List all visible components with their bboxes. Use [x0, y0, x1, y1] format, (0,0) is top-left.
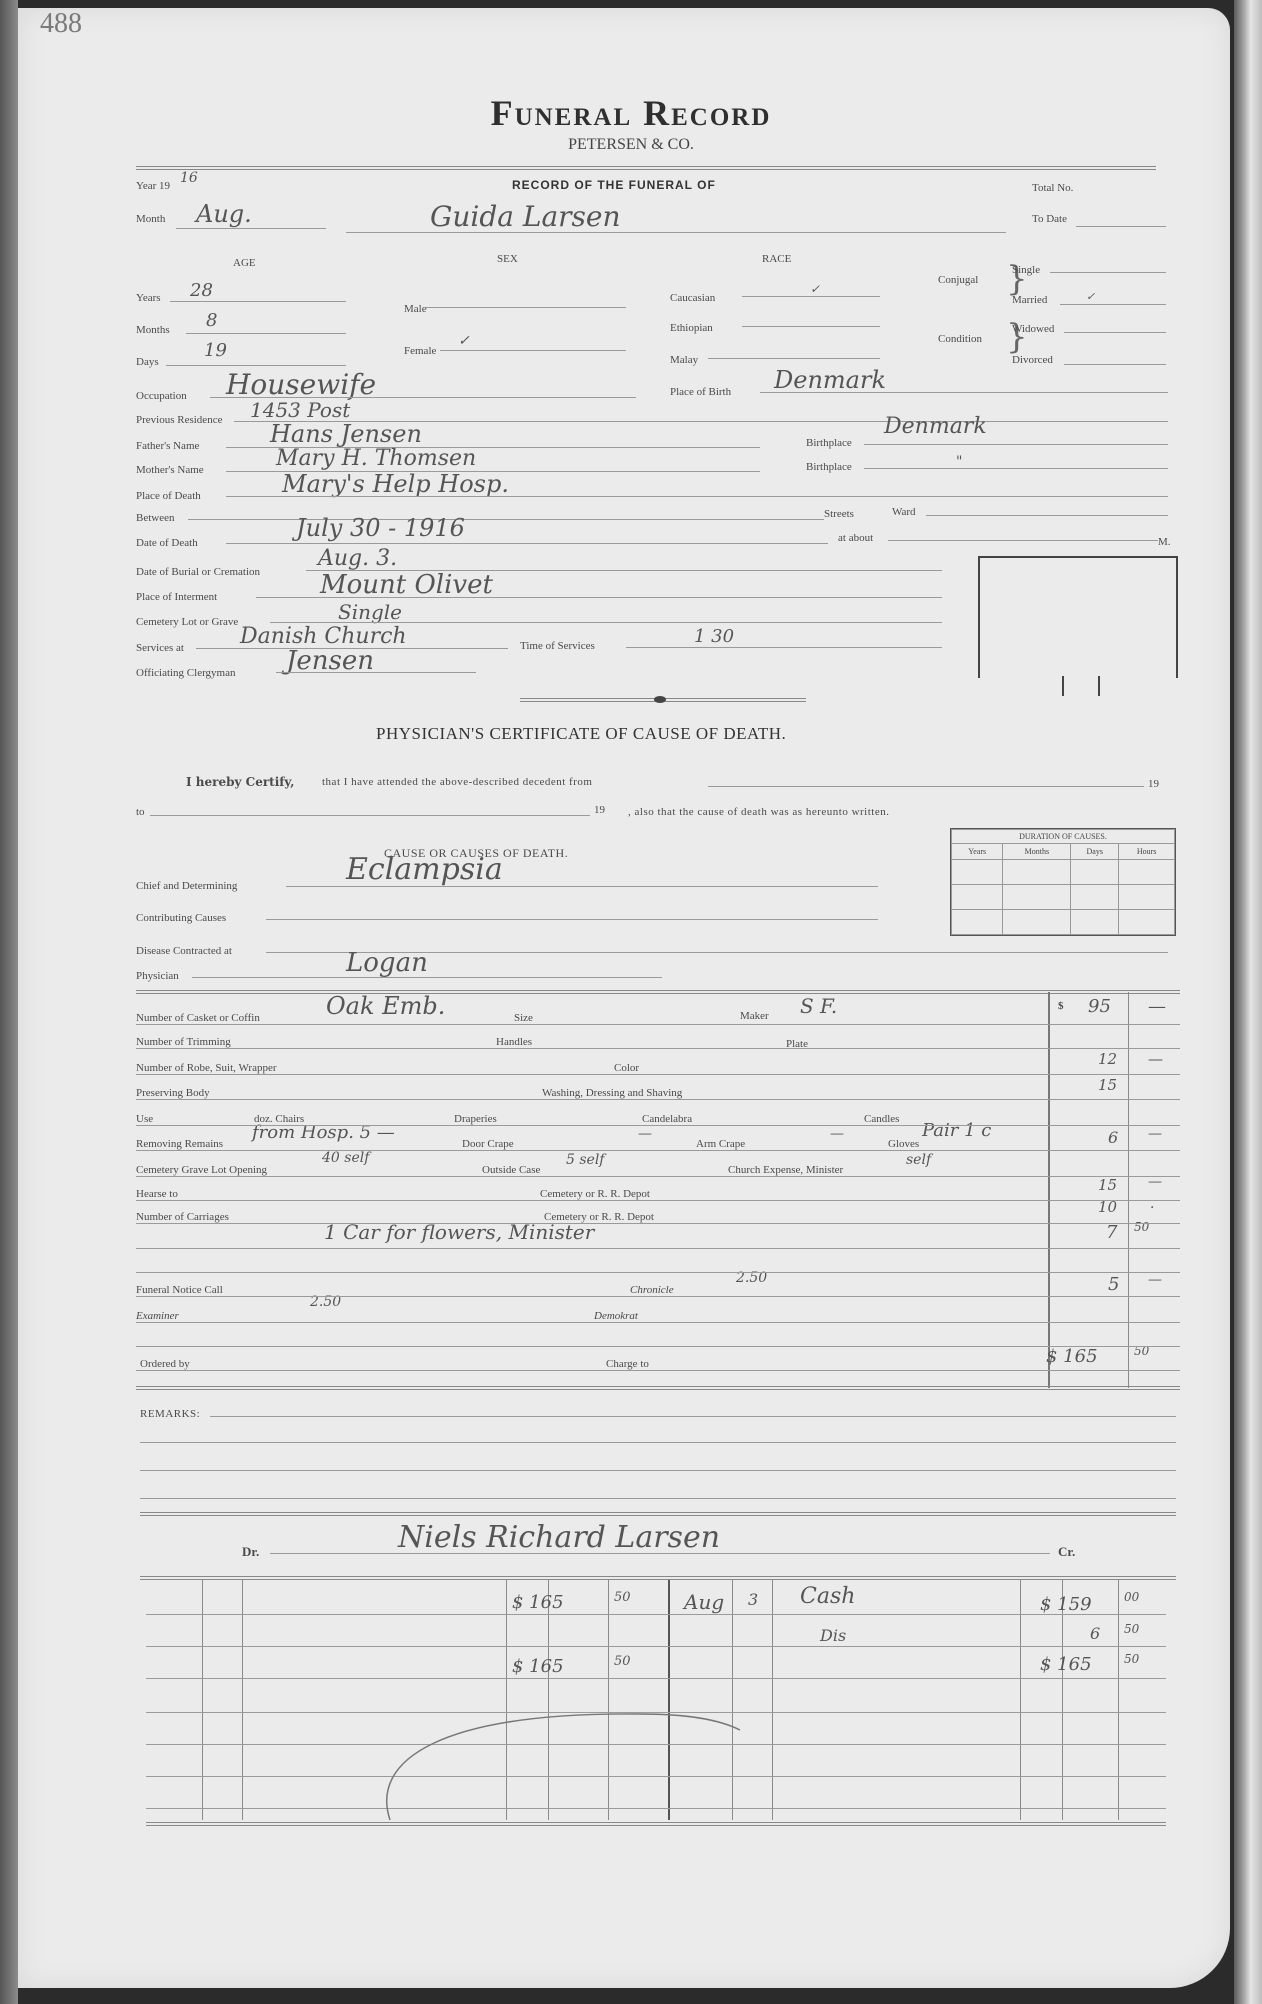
- account-name-line: [270, 1553, 1050, 1554]
- physician-line: [192, 977, 662, 978]
- debit-cents: 50: [614, 1590, 631, 1605]
- widowed-line[interactable]: [1064, 332, 1166, 333]
- credit-amount: $ 159: [1040, 1594, 1092, 1615]
- chief-cause-label: Chief and Determining: [136, 880, 237, 892]
- certificate-heading: PHYSICIAN'S CERTIFICATE OF CAUSE OF DEAT…: [376, 724, 786, 744]
- date-of-burial-value: Aug. 3.: [318, 546, 397, 571]
- remarks-bottom-divider: [140, 1512, 1176, 1516]
- ledger-col: [1020, 1580, 1021, 1820]
- charge-rule: [136, 1074, 1180, 1075]
- candles-label: Candles: [864, 1113, 899, 1125]
- fathers-name-label: Father's Name: [136, 440, 199, 452]
- casket-cents: —: [1148, 996, 1166, 1017]
- disease-contracted-label: Disease Contracted at: [136, 945, 232, 957]
- month-line: [176, 228, 326, 229]
- duration-heading: DURATION OF CAUSES.: [952, 830, 1175, 844]
- dollar-sign: $: [1058, 1000, 1064, 1012]
- ledger-col: [1062, 1580, 1063, 1820]
- charge-rule: [136, 1125, 1180, 1126]
- charge-rule: [136, 1048, 1180, 1049]
- conjugal-label: Conjugal: [938, 274, 978, 286]
- cemetery-lot-label: Cemetery Lot or Grave: [136, 616, 238, 628]
- cemetery-lot-value: Single: [338, 600, 402, 624]
- year-value: 16: [180, 170, 198, 186]
- services-at-label: Services at: [136, 642, 184, 654]
- trimming-label: Number of Trimming: [136, 1036, 231, 1048]
- remarks-line[interactable]: [140, 1470, 1176, 1471]
- caucasian-check[interactable]: ✓: [810, 282, 820, 296]
- duration-cell[interactable]: [1071, 885, 1119, 910]
- credit-label: Cr.: [1058, 1544, 1075, 1560]
- at-about-label: at about: [838, 532, 873, 544]
- arm-crape-value: —: [830, 1126, 844, 1142]
- place-of-death-line: [226, 496, 1168, 497]
- duration-cell[interactable]: [1119, 910, 1175, 935]
- charges-top-divider: [136, 990, 1180, 994]
- time-of-services-line: [626, 647, 942, 648]
- ward-label: Ward: [892, 506, 916, 518]
- casket-label: Number of Casket or Coffin: [136, 1012, 260, 1024]
- certify-bold: I hereby Certify,: [186, 775, 294, 789]
- charge-rule: [136, 1200, 1180, 1201]
- company-name: PETERSEN & CO.: [0, 136, 1262, 154]
- place-of-interment-line: [256, 597, 942, 598]
- mother-birthplace-line: [864, 468, 1168, 469]
- pen-flourish: [360, 1700, 780, 1830]
- chronicle-label: Chronicle: [630, 1284, 674, 1296]
- record-heading: RECORD OF THE FUNERAL OF: [512, 178, 716, 192]
- place-of-interment-value: Mount Olivet: [320, 570, 493, 600]
- charge-rule: [136, 1248, 1180, 1249]
- duration-cell[interactable]: [1003, 860, 1071, 885]
- father-birthplace-value: Denmark: [884, 414, 987, 439]
- chief-cause-value: Eclampsia: [346, 852, 503, 887]
- account-name: Niels Richard Larsen: [398, 1520, 720, 1555]
- year-label: Year 19: [136, 180, 170, 192]
- duration-cell[interactable]: [1071, 860, 1119, 885]
- previous-residence-value: 1453 Post: [250, 398, 350, 422]
- years-label: Years: [136, 292, 161, 304]
- sex-heading: SEX: [497, 253, 518, 265]
- clergyman-line: [276, 672, 476, 673]
- ledger-col: [242, 1580, 243, 1820]
- charge-rule: [136, 1346, 1180, 1347]
- remarks-line[interactable]: [140, 1442, 1176, 1443]
- certify-text: that I have attended the above-described…: [322, 776, 592, 788]
- credit-description: Cash: [800, 1584, 855, 1609]
- days-line: [166, 365, 346, 366]
- charge-rule: [136, 1223, 1180, 1224]
- credit-cents: 00: [1124, 1590, 1139, 1604]
- charges-amount-divider: [1048, 992, 1050, 1388]
- male-label: Male: [404, 303, 427, 315]
- debit-label: Dr.: [242, 1544, 259, 1560]
- days-label: Days: [136, 356, 159, 368]
- debit-total-amount: $ 165: [512, 1656, 564, 1677]
- hearse-depot-label: Cemetery or R. R. Depot: [540, 1188, 650, 1200]
- certify-also-text: , also that the cause of death was as he…: [628, 806, 889, 818]
- duration-cell[interactable]: [952, 860, 1003, 885]
- credit-month: Aug: [684, 1590, 724, 1614]
- washing-label: Washing, Dressing and Shaving: [542, 1087, 682, 1099]
- physician-label: Physician: [136, 970, 179, 982]
- duration-cell[interactable]: [1003, 885, 1071, 910]
- previous-residence-label: Previous Residence: [136, 414, 222, 426]
- robe-label: Number of Robe, Suit, Wrapper: [136, 1062, 277, 1074]
- father-birthplace-label: Birthplace: [806, 437, 852, 449]
- total-no-label: Total No.: [1032, 182, 1073, 194]
- duration-col-years: Years: [952, 844, 1003, 860]
- name-line: [346, 232, 1006, 233]
- handles-label: Handles: [496, 1036, 532, 1048]
- divorced-line[interactable]: [1064, 364, 1166, 365]
- father-birthplace-line: [864, 444, 1168, 445]
- grave-opening-label: Cemetery Grave Lot Opening: [136, 1164, 267, 1176]
- female-line: [440, 350, 626, 351]
- credit-total-amount: $ 165: [1040, 1654, 1092, 1675]
- gloves-label: Gloves: [888, 1138, 919, 1150]
- female-check[interactable]: ✓: [458, 333, 470, 349]
- ledger-rule: [146, 1646, 1166, 1647]
- ledger-rule: [146, 1614, 1166, 1615]
- casket-amount: 95: [1088, 996, 1111, 1017]
- certify-to-label: to: [136, 806, 145, 818]
- charge-rule: [136, 1176, 1180, 1177]
- duration-cell[interactable]: [952, 885, 1003, 910]
- door-crape-value: —: [638, 1126, 652, 1142]
- examiner-label: Examiner: [136, 1310, 179, 1322]
- duration-cell[interactable]: [1119, 860, 1175, 885]
- clergyman-label: Officiating Clergyman: [136, 667, 236, 679]
- time-of-services-value: 1 30: [694, 626, 734, 647]
- to-date-line: [1076, 226, 1166, 227]
- widowed-label: Widowed: [1012, 323, 1054, 335]
- malay-line[interactable]: [708, 358, 880, 359]
- place-of-birth-label: Place of Birth: [670, 386, 731, 398]
- months-line: [186, 333, 346, 334]
- door-crape-label: Door Crape: [462, 1138, 514, 1150]
- years-value: 28: [190, 280, 213, 301]
- funeral-notice-label: Funeral Notice Call: [136, 1284, 223, 1296]
- charge-rule: [136, 1370, 1180, 1371]
- duration-col-days: Days: [1071, 844, 1119, 860]
- outside-case-value: 5 self: [566, 1152, 605, 1168]
- male-line[interactable]: [426, 307, 626, 308]
- caucasian-line: [742, 296, 880, 297]
- duration-cell[interactable]: [1119, 885, 1175, 910]
- single-label: Single: [1012, 264, 1040, 276]
- remarks-line[interactable]: [140, 1498, 1176, 1499]
- certify-year-2: 19: [594, 804, 605, 816]
- preserving-amount: 15: [1098, 1076, 1117, 1094]
- mothers-name-value: Mary H. Thomsen: [276, 446, 476, 471]
- months-label: Months: [136, 324, 170, 336]
- ledger-col: [1118, 1580, 1119, 1820]
- contributing-causes-label: Contributing Causes: [136, 912, 226, 924]
- size-label: Size: [514, 1012, 533, 1024]
- married-line: [1060, 304, 1166, 305]
- credit-description-2: Dis: [820, 1626, 846, 1645]
- candelabra-label: Candelabra: [642, 1113, 692, 1125]
- date-of-burial-label: Date of Burial or Cremation: [136, 566, 260, 578]
- age-heading: AGE: [233, 257, 256, 269]
- charges-bottom-divider: [136, 1386, 1180, 1390]
- malay-label: Malay: [670, 354, 698, 366]
- notice-cents: —: [1148, 1272, 1162, 1288]
- draperies-label: Draperies: [454, 1113, 497, 1125]
- hearse-amount: 15: [1098, 1176, 1117, 1194]
- years-line: [170, 301, 346, 302]
- ethiopian-label: Ethiopian: [670, 322, 713, 334]
- duration-cell[interactable]: [952, 910, 1003, 935]
- use-label: Use: [136, 1113, 153, 1125]
- single-line[interactable]: [1050, 272, 1166, 273]
- divider-ornament-icon: [654, 696, 666, 703]
- carriages-label: Number of Carriages: [136, 1211, 229, 1223]
- streets-label: Streets: [824, 508, 854, 520]
- header-divider: [136, 166, 1156, 170]
- mother-birthplace-label: Birthplace: [806, 461, 852, 473]
- time-of-services-label: Time of Services: [520, 640, 595, 652]
- married-label: Married: [1012, 294, 1047, 306]
- place-of-birth-value: Denmark: [774, 366, 886, 394]
- between-label: Between: [136, 512, 174, 524]
- duration-col-months: Months: [1003, 844, 1071, 860]
- credit-total-cents: 50: [1124, 1652, 1139, 1666]
- preserving-body-label: Preserving Body: [136, 1087, 210, 1099]
- notice-amount: 5: [1108, 1274, 1119, 1295]
- duration-of-causes-table: DURATION OF CAUSES. Years Months Days Ho…: [950, 828, 1176, 936]
- debit-amount: $ 165: [512, 1592, 564, 1613]
- ledger-col: [202, 1580, 203, 1820]
- certify-to-line: [150, 815, 590, 816]
- meridiem-label: M.: [1158, 536, 1171, 548]
- page-number: 488: [40, 8, 82, 40]
- physician-value: Logan: [346, 948, 428, 978]
- charge-rule: [136, 1150, 1180, 1151]
- charge-to-label: Charge to: [606, 1358, 649, 1370]
- date-of-death-line: [226, 543, 828, 544]
- book-binding-right: [1234, 0, 1262, 2004]
- robe-amount: 12: [1098, 1050, 1117, 1068]
- place-of-birth-line: [760, 392, 1168, 393]
- race-heading: RACE: [762, 253, 791, 265]
- place-of-interment-label: Place of Interment: [136, 591, 217, 603]
- charge-rule: [136, 1272, 1180, 1273]
- months-value: 8: [206, 310, 217, 331]
- credit-amount-2: 6: [1090, 1624, 1100, 1643]
- date-of-death-label: Date of Death: [136, 537, 198, 549]
- days-value: 19: [204, 340, 227, 361]
- casket-value: Oak Emb.: [326, 992, 445, 1020]
- at-about-line: [888, 540, 1158, 541]
- demokrat-label: Demokrat: [594, 1310, 638, 1322]
- date-of-death-value: July 30 - 1916: [296, 514, 465, 542]
- mothers-name-label: Mother's Name: [136, 464, 204, 476]
- book-binding-left: [0, 0, 18, 2004]
- grave-diagram-box: [978, 556, 1178, 678]
- charge-rule: [136, 1099, 1180, 1100]
- removing-amount: 6: [1108, 1128, 1118, 1147]
- maker-value: S F.: [800, 994, 837, 1018]
- month-value: Aug.: [196, 200, 252, 228]
- ordered-by-label: Ordered by: [140, 1358, 190, 1370]
- place-of-death-value: Mary's Help Hosp.: [282, 470, 509, 498]
- arm-crape-label: Arm Crape: [696, 1138, 745, 1150]
- female-label: Female: [404, 345, 436, 357]
- cemetery-lot-line: [270, 622, 942, 623]
- month-label: Month: [136, 213, 165, 225]
- church-expense-value: self: [906, 1152, 931, 1168]
- grave-opening-value: 40 self: [322, 1150, 369, 1166]
- duration-cell[interactable]: [1003, 910, 1071, 935]
- remarks-label: REMARKS:: [140, 1408, 200, 1420]
- removing-cents: —: [1148, 1126, 1162, 1142]
- caucasian-label: Caucasian: [670, 292, 715, 304]
- between-line: [188, 519, 824, 520]
- deceased-name: Guida Larsen: [430, 200, 621, 233]
- remarks-line[interactable]: [210, 1416, 1176, 1417]
- duration-cell[interactable]: [1071, 910, 1119, 935]
- to-date-label: To Date: [1032, 213, 1067, 225]
- ethiopian-line[interactable]: [742, 326, 880, 327]
- charge-rule: [136, 1296, 1180, 1297]
- outside-case-label: Outside Case: [482, 1164, 540, 1176]
- debit-total-cents: 50: [614, 1654, 631, 1669]
- credit-cents-2: 50: [1124, 1622, 1139, 1636]
- extra-charge-amount: 7: [1106, 1222, 1117, 1243]
- married-check[interactable]: ✓: [1086, 290, 1095, 303]
- occupation-label: Occupation: [136, 390, 187, 402]
- certify-from-line: [708, 786, 1144, 787]
- grave-diagram-stem: [1062, 676, 1100, 696]
- color-label: Color: [614, 1062, 639, 1074]
- charges-cents-divider: [1128, 992, 1129, 1388]
- credit-day: 3: [748, 1590, 758, 1609]
- charge-rule: [136, 1322, 1180, 1323]
- fathers-name-value: Hans Jensen: [270, 420, 422, 448]
- contributing-causes-line: [266, 919, 878, 920]
- certify-year-1: 19: [1148, 778, 1159, 790]
- charge-rule: [136, 1024, 1180, 1025]
- maker-label: Maker: [740, 1010, 769, 1022]
- divorced-label: Divorced: [1012, 354, 1053, 366]
- duration-col-hours: Hours: [1119, 844, 1175, 860]
- ledger-rule: [146, 1678, 1166, 1679]
- total-amount: $ 165: [1046, 1346, 1098, 1367]
- gloves-value: Pair 1 c: [922, 1120, 991, 1141]
- carriages-cents: .: [1150, 1196, 1154, 1212]
- condition-label: Condition: [938, 333, 982, 345]
- page-title: Funeral Record: [0, 92, 1262, 134]
- hearse-label: Hearse to: [136, 1188, 178, 1200]
- church-expense-label: Church Expense, Minister: [728, 1164, 843, 1176]
- place-of-death-label: Place of Death: [136, 490, 201, 502]
- chief-cause-line: [286, 886, 878, 887]
- removing-remains-label: Removing Remains: [136, 1138, 223, 1150]
- ward-line: [926, 515, 1168, 516]
- robe-cents: —: [1148, 1050, 1163, 1068]
